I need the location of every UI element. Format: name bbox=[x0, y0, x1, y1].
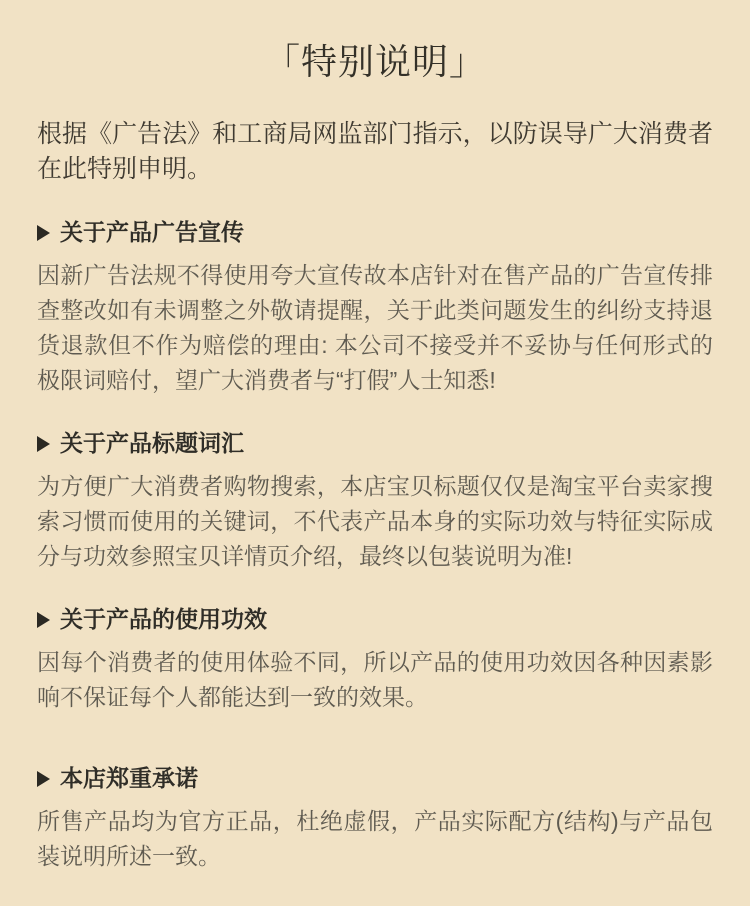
section-product-efficacy: 关于产品的使用功效 因每个消费者的使用体验不同，所以产品的使用功效因各种因素影响… bbox=[37, 602, 713, 715]
section-body-text: 因每个消费者的使用体验不同，所以产品的使用功效因各种因素影响不保证每个人都能达到… bbox=[37, 645, 713, 715]
section-heading: 关于产品广告宣传 bbox=[37, 215, 713, 250]
section-body-text: 为方便广大消费者购物搜索，本店宝贝标题仅仅是淘宝平台卖家搜索习惯而使用的关键词，… bbox=[37, 469, 713, 574]
section-store-promise: 本店郑重承诺 所售产品均为官方正品，杜绝虚假，产品实际配方(结构)与产品包装说明… bbox=[37, 761, 713, 874]
intro-statement: 根据《广告法》和工商局网监部门指示，以防误导广大消费者在此特别申明。 bbox=[37, 117, 713, 187]
section-heading-label: 关于产品标题词汇 bbox=[60, 426, 244, 461]
section-heading-label: 关于产品广告宣传 bbox=[60, 215, 244, 250]
section-heading-label: 关于产品的使用功效 bbox=[60, 602, 267, 637]
bullet-triangle-icon bbox=[37, 612, 50, 628]
section-heading: 本店郑重承诺 bbox=[37, 761, 713, 796]
bullet-triangle-icon bbox=[37, 225, 50, 241]
section-product-advertising: 关于产品广告宣传 因新广告法规不得使用夸大宣传故本店针对在售产品的广告宣传排查整… bbox=[37, 215, 713, 398]
bullet-triangle-icon bbox=[37, 436, 50, 452]
section-product-title-keywords: 关于产品标题词汇 为方便广大消费者购物搜索，本店宝贝标题仅仅是淘宝平台卖家搜索习… bbox=[37, 426, 713, 574]
page-title: 「特别说明」 bbox=[37, 43, 713, 81]
section-heading: 关于产品的使用功效 bbox=[37, 602, 713, 637]
bullet-triangle-icon bbox=[37, 771, 50, 787]
section-heading: 关于产品标题词汇 bbox=[37, 426, 713, 461]
section-body-text: 所售产品均为官方正品，杜绝虚假，产品实际配方(结构)与产品包装说明所述一致。 bbox=[37, 804, 713, 874]
special-notice-page: 「特别说明」 根据《广告法》和工商局网监部门指示，以防误导广大消费者在此特别申明… bbox=[0, 0, 750, 906]
section-body-text: 因新广告法规不得使用夸大宣传故本店针对在售产品的广告宣传排查整改如有未调整之外敬… bbox=[37, 258, 713, 398]
section-heading-label: 本店郑重承诺 bbox=[60, 761, 198, 796]
